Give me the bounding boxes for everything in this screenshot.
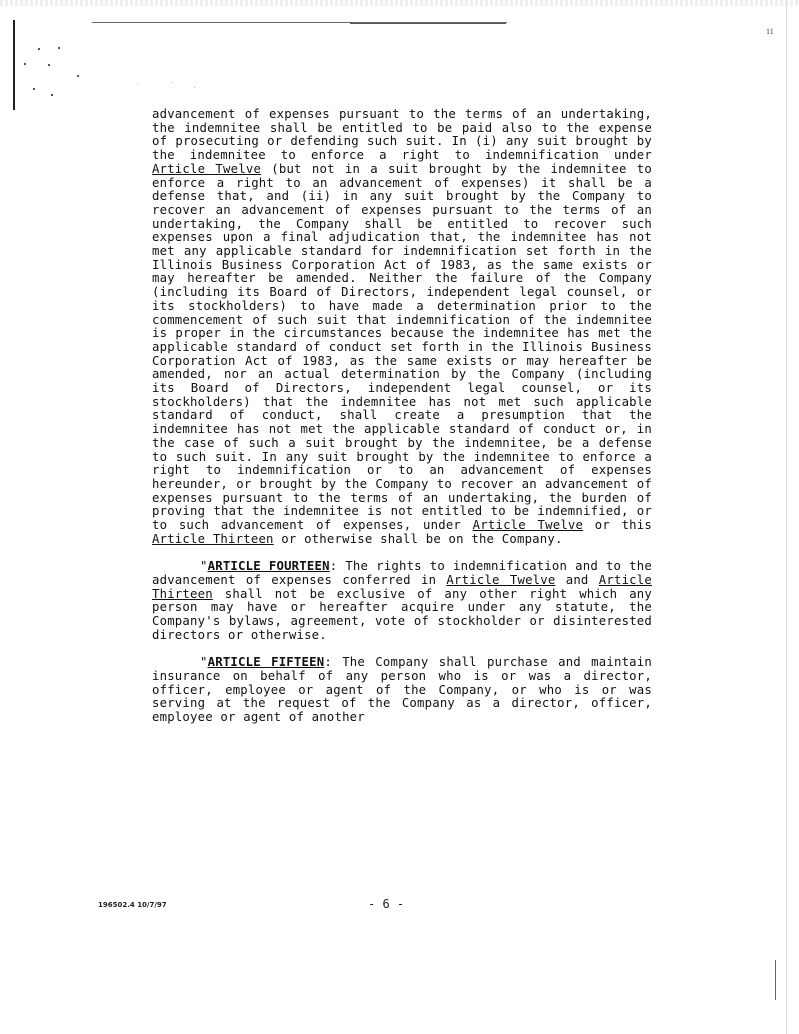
text-run: (but not in a suit brought by the indemn… xyxy=(152,162,652,532)
header-rule-dark xyxy=(350,23,506,24)
scan-speck xyxy=(172,82,173,83)
scan-speck xyxy=(51,94,53,96)
article-reference: Article Twelve xyxy=(473,518,583,532)
article-reference: Article Twelve xyxy=(446,573,555,587)
scan-speck xyxy=(24,63,26,65)
article-fourteen-heading: ARTICLE FOURTEEN xyxy=(208,559,330,573)
scan-speck xyxy=(58,47,60,49)
paragraph-article-thirteen-continued: advancement of expenses pursuant to the … xyxy=(152,108,652,547)
article-fifteen-heading: ARTICLE FIFTEEN xyxy=(208,655,325,669)
document-id: 196502.4 10/7/97 xyxy=(98,901,167,909)
scan-speck xyxy=(194,87,195,88)
scan-speck xyxy=(137,84,138,85)
right-margin-mark xyxy=(775,960,776,1000)
open-quote: " xyxy=(200,559,208,573)
article-reference: Article Thirteen xyxy=(152,532,274,546)
open-quote: " xyxy=(200,655,208,669)
heading-colon: : xyxy=(324,655,332,669)
text-run: or otherwise shall be on the Company. xyxy=(274,532,563,546)
left-margin-mark xyxy=(13,20,15,110)
page-number: - 6 - xyxy=(368,897,404,911)
article-reference: Article Twelve xyxy=(152,162,261,176)
scan-speck xyxy=(48,64,50,66)
right-page-edge xyxy=(786,0,787,1034)
scan-speck xyxy=(33,88,35,90)
document-body: advancement of expenses pursuant to the … xyxy=(152,108,652,738)
text-run: advancement of expenses pursuant to the … xyxy=(152,107,652,162)
corner-page-number: 11 xyxy=(766,27,774,36)
scan-artifact-top xyxy=(0,0,799,6)
scan-speck xyxy=(77,75,79,77)
text-run: or this xyxy=(583,518,652,532)
text-run: and xyxy=(556,573,599,587)
paragraph-article-fifteen: "ARTICLE FIFTEEN: The Company shall purc… xyxy=(152,656,652,725)
paragraph-article-fourteen: "ARTICLE FOURTEEN: The rights to indemni… xyxy=(152,560,652,642)
text-run: shall not be exclusive of any other righ… xyxy=(152,587,652,642)
scan-speck xyxy=(38,48,40,50)
